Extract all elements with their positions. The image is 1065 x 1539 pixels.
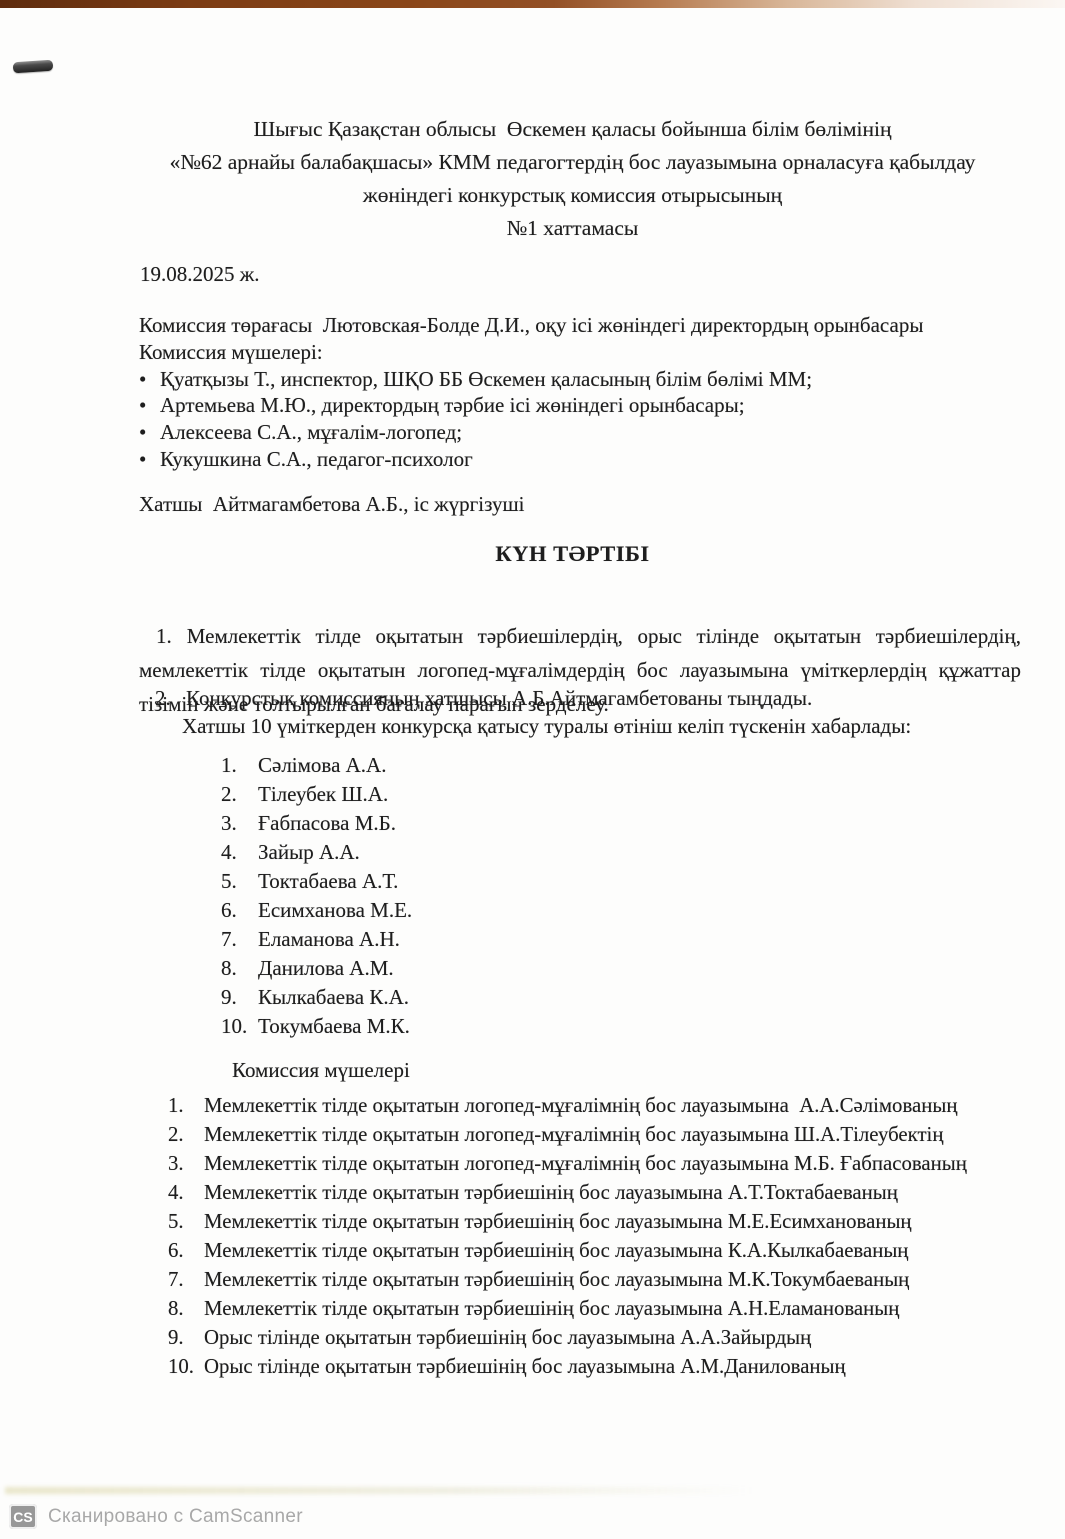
candidate-name: Еламанова А.Н. (258, 925, 400, 954)
member-text: Қуатқызы Т., инспектор, ШҚО ББ Өскемен қ… (160, 366, 812, 393)
camscanner-watermark-text: Сканировано с CamScanner (48, 1506, 303, 1528)
commission-members-heading: Комиссия мүшелері (232, 1058, 410, 1083)
list-number: 10. (168, 1352, 204, 1381)
candidate-row: 5.Токтабаева А.Т. (221, 867, 412, 896)
decision-text: Мемлекеттік тілде оқытатын логопед-мұғал… (204, 1091, 957, 1120)
list-number: 6. (168, 1236, 204, 1265)
decision-row: 2.Мемлекеттік тілде оқытатын логопед-мұғ… (168, 1120, 1029, 1149)
list-number: 5. (221, 867, 258, 896)
candidate-name: Кылкабаева К.А. (258, 983, 409, 1012)
members-label: Комиссия мүшелері: (139, 339, 1025, 366)
candidate-row: 7.Еламанова А.Н. (221, 925, 412, 954)
agenda-item-text: Конкурстық комиссияның хатшысы А.Б.Айтма… (186, 686, 812, 711)
list-number: 1. (156, 624, 172, 648)
document-date: 19.08.2025 ж. (140, 262, 260, 287)
decision-text: Мемлекеттік тілде оқытатын тәрбиешінің б… (204, 1265, 909, 1294)
decision-text: Орыс тілінде оқытатын тәрбиешінің бос ла… (204, 1352, 846, 1381)
member-item: • Артемьева М.Ю., директордың тәрбие ісі… (139, 392, 1025, 419)
member-text: Кукушкина С.А., педагог-психолог (160, 446, 473, 473)
list-number: 9. (168, 1323, 204, 1352)
candidate-name: Зайыр А.А. (258, 838, 360, 867)
member-text: Алексеева С.А., мұғалім-логопед; (160, 419, 462, 446)
list-number: 7. (221, 925, 258, 954)
list-number: 6. (221, 896, 258, 925)
candidate-row: 1.Сәлімова А.А. (221, 751, 412, 780)
candidate-name: Сәлімова А.А. (258, 751, 386, 780)
candidate-row: 2.Тілеубек Ш.А. (221, 780, 412, 809)
agenda-heading: КҮН ТӘРТІБІ (95, 541, 1050, 567)
candidate-row: 8.Данилова А.М. (221, 954, 412, 983)
decision-row: 6.Мемлекеттік тілде оқытатын тәрбиешінің… (168, 1236, 1029, 1265)
document-body: Шығыс Қазақстан облысы Өскемен қаласы бо… (0, 0, 1065, 1539)
decision-row: 1.Мемлекеттік тілде оқытатын логопед-мұғ… (168, 1091, 1029, 1120)
secretary-line: Хатшы Айтмагамбетова А.Б., іс жүргізуші (139, 492, 524, 517)
decision-text: Мемлекеттік тілде оқытатын логопед-мұғал… (204, 1120, 943, 1149)
candidate-name: Токумбаева М.К. (258, 1012, 410, 1041)
list-number: 10. (221, 1012, 258, 1041)
decision-text: Мемлекеттік тілде оқытатын логопед-мұғал… (204, 1149, 967, 1178)
candidate-row: 3.Ғабпасова М.Б. (221, 809, 412, 838)
list-number: 7. (168, 1265, 204, 1294)
commission-section: Комиссия төрағасы Лютовская-Болде Д.И., … (139, 312, 1025, 473)
list-number: 3. (221, 809, 258, 838)
member-item: • Алексеева С.А., мұғалім-логопед; (139, 419, 1025, 446)
decision-row: 8.Мемлекеттік тілде оқытатын тәрбиешінің… (168, 1294, 1029, 1323)
list-number: 9. (221, 983, 258, 1012)
list-number: 8. (168, 1294, 204, 1323)
candidate-name: Данилова А.М. (258, 954, 394, 983)
decision-text: Орыс тілінде оқытатын тәрбиешінің бос ла… (204, 1323, 811, 1352)
decision-row: 7.Мемлекеттік тілде оқытатын тәрбиешінің… (168, 1265, 1029, 1294)
camscanner-logo-icon: CS (9, 1504, 37, 1529)
bullet-marker: • (139, 446, 160, 473)
decision-text: Мемлекеттік тілде оқытатын тәрбиешінің б… (204, 1236, 908, 1265)
decision-row: 5.Мемлекеттік тілде оқытатын тәрбиешінің… (168, 1207, 1029, 1236)
list-number: 2. (155, 686, 186, 711)
bullet-marker: • (139, 366, 160, 393)
decisions-list: 1.Мемлекеттік тілде оқытатын логопед-мұғ… (168, 1091, 1029, 1381)
chairman-line: Комиссия төрағасы Лютовская-Болде Д.И., … (139, 312, 1025, 339)
decision-text: Мемлекеттік тілде оқытатын тәрбиешінің б… (204, 1178, 898, 1207)
list-number: 8. (221, 954, 258, 983)
candidate-name: Есимханова М.Е. (258, 896, 412, 925)
list-number: 4. (168, 1178, 204, 1207)
decision-row: 9.Орыс тілінде оқытатын тәрбиешінің бос … (168, 1323, 1029, 1352)
decision-text: Мемлекеттік тілде оқытатын тәрбиешінің б… (204, 1294, 899, 1323)
candidate-name: Ғабпасова М.Б. (258, 809, 396, 838)
list-number: 1. (221, 751, 258, 780)
document-title-line: Шығыс Қазақстан облысы Өскемен қаласы бо… (95, 113, 1050, 146)
member-item: • Кукушкина С.А., педагог-психолог (139, 446, 1025, 473)
bullet-marker: • (139, 419, 160, 446)
list-number: 2. (168, 1120, 204, 1149)
document-title: Шығыс Қазақстан облысы Өскемен қаласы бо… (95, 113, 1050, 245)
document-title-line: «№62 арнайы балабақшасы» КММ педагогтерд… (95, 146, 1050, 179)
secretary-note: Хатшы 10 үміткерден конкурсқа қатысу тур… (182, 714, 911, 739)
list-number: 4. (221, 838, 258, 867)
candidate-row: 4.Зайыр А.А. (221, 838, 412, 867)
scanned-document-page: Шығыс Қазақстан облысы Өскемен қаласы бо… (0, 0, 1065, 1539)
candidates-list: 1.Сәлімова А.А. 2.Тілеубек Ш.А. 3.Ғабпас… (221, 751, 412, 1041)
bullet-marker: • (139, 392, 160, 419)
member-text: Артемьева М.Ю., директордың тәрбие ісі ж… (160, 392, 745, 419)
document-title-line: жөніндегі конкурстық комиссия отырысының (95, 179, 1050, 212)
list-number: 1. (168, 1091, 204, 1120)
list-number: 3. (168, 1149, 204, 1178)
member-item: • Қуатқызы Т., инспектор, ШҚО ББ Өскемен… (139, 366, 1025, 393)
candidate-name: Токтабаева А.Т. (258, 867, 398, 896)
agenda-item-2: 2. Конкурстық комиссияның хатшысы А.Б.Ай… (155, 686, 1025, 711)
candidate-name: Тілеубек Ш.А. (258, 780, 388, 809)
decision-row: 4.Мемлекеттік тілде оқытатын тәрбиешінің… (168, 1178, 1029, 1207)
list-number: 5. (168, 1207, 204, 1236)
list-number: 2. (221, 780, 258, 809)
decision-text: Мемлекеттік тілде оқытатын тәрбиешінің б… (204, 1207, 912, 1236)
document-title-line: №1 хаттамасы (95, 212, 1050, 245)
decision-row: 3.Мемлекеттік тілде оқытатын логопед-мұғ… (168, 1149, 1029, 1178)
candidate-row: 6.Есимханова М.Е. (221, 896, 412, 925)
decision-row: 10.Орыс тілінде оқытатын тәрбиешінің бос… (168, 1352, 1029, 1381)
candidate-row: 9.Кылкабаева К.А. (221, 983, 412, 1012)
candidate-row: 10.Токумбаева М.К. (221, 1012, 412, 1041)
